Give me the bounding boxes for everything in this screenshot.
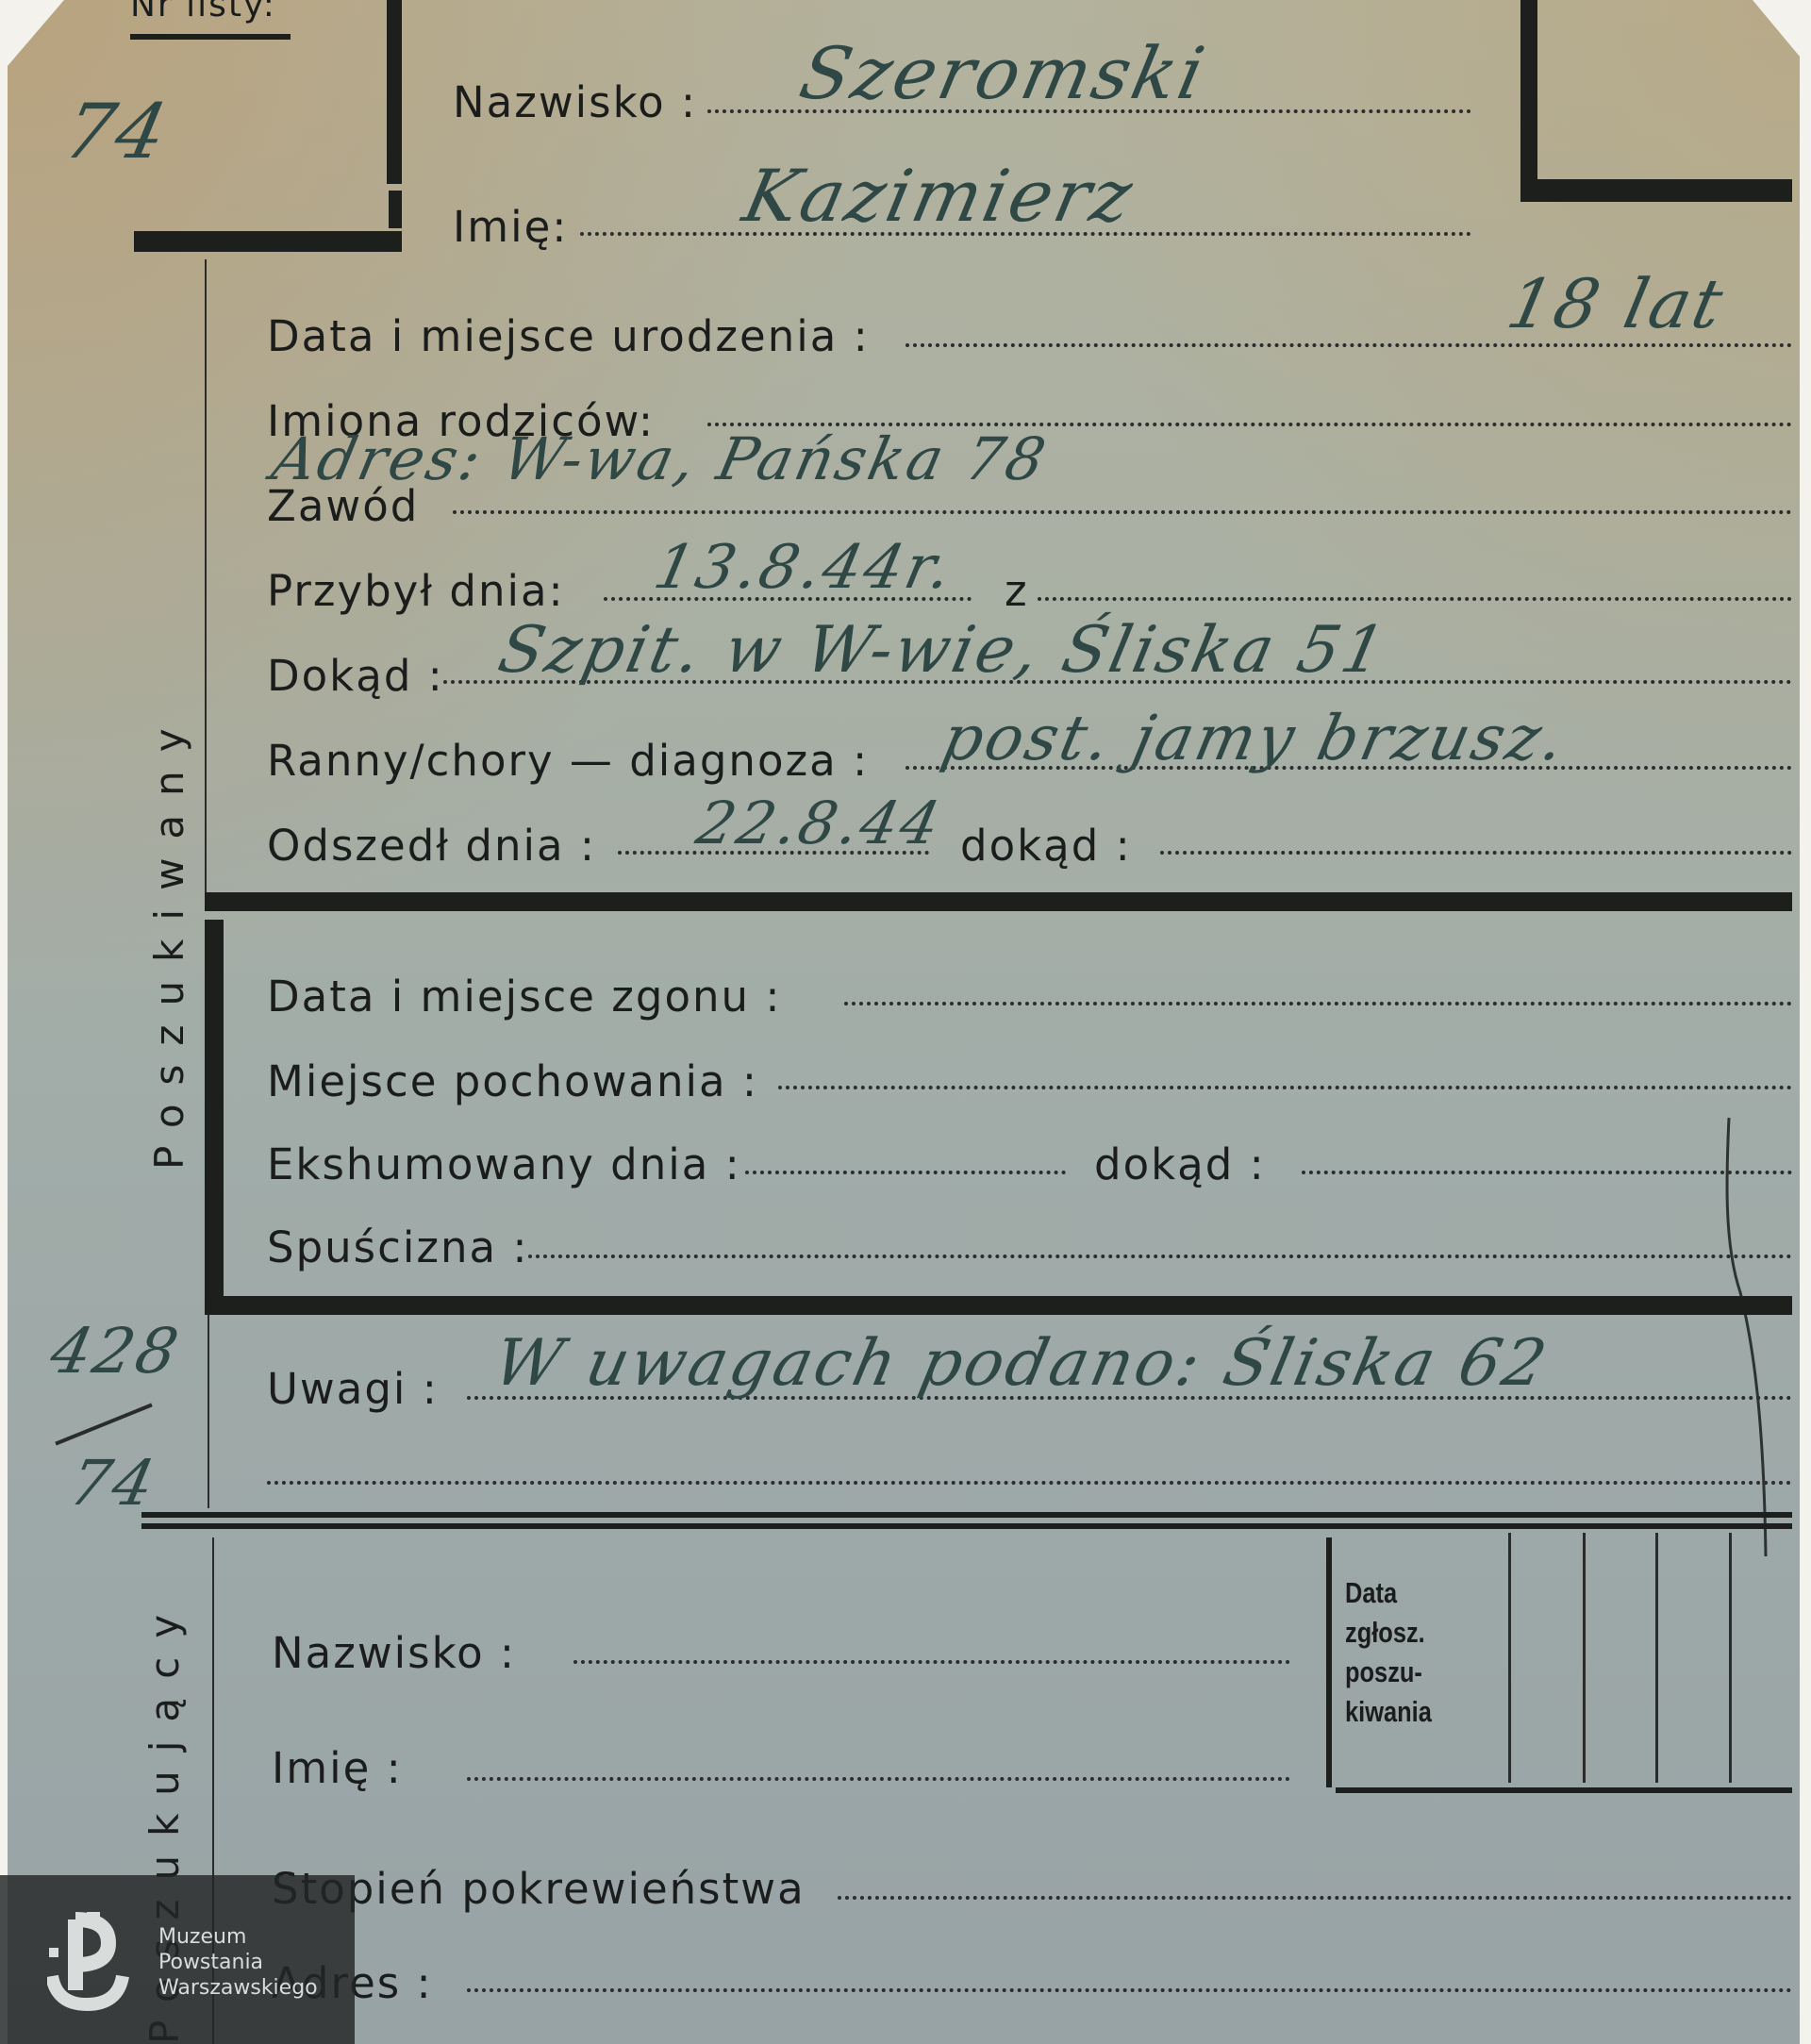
arrived-from-field[interactable] xyxy=(1038,597,1792,601)
burial-place-label: Miejsce pochowania : xyxy=(267,1060,758,1103)
request-box-col-4 xyxy=(1729,1533,1732,1783)
section-divider-remarks xyxy=(205,1296,1792,1315)
request-date-label-line-4: kiwania xyxy=(1345,1692,1432,1732)
section-divider-death xyxy=(205,892,1792,911)
top-right-vertical-rule xyxy=(1520,0,1537,181)
request-date-label-line-2: zgłosz. xyxy=(1345,1613,1432,1653)
diagnosis-label: Ranny/chory — diagnoza : xyxy=(267,739,869,782)
top-right-horizontal-rule xyxy=(1520,179,1792,202)
death-date-field[interactable] xyxy=(844,1002,1792,1005)
request-date-label: Data zgłosz. poszu- kiwania xyxy=(1345,1573,1432,1732)
arrived-value: 13.8.44r. xyxy=(649,538,959,598)
sought-section-label: Poszukiwany xyxy=(146,709,192,1170)
death-date-label: Data i miejsce zgonu : xyxy=(267,975,781,1018)
left-date-value: 22.8.44 xyxy=(691,794,947,853)
occupation-field[interactable] xyxy=(453,510,1792,514)
first-name-value: Kazimierz xyxy=(738,160,1140,232)
occupation-label: Zawód xyxy=(267,485,419,527)
list-number-underline xyxy=(130,34,291,40)
searcher-first-name-field[interactable] xyxy=(467,1777,1290,1781)
remarks-border xyxy=(208,1315,209,1508)
arrived-from-label: z xyxy=(1005,570,1029,612)
remarks-field-line2[interactable] xyxy=(267,1481,1792,1485)
request-box-left-rule xyxy=(1326,1537,1332,1787)
remarks-label: Uwagi : xyxy=(267,1368,439,1410)
arrived-label: Przybył dnia: xyxy=(267,570,565,612)
kotwica-anchor-icon xyxy=(47,1910,141,2014)
margin-note-bottom: 74 xyxy=(64,1453,162,1515)
top-block-vertical-rule-lower xyxy=(389,191,402,228)
top-block-horizontal-rule xyxy=(134,231,402,252)
birth-label: Data i miejsce urodzenia : xyxy=(267,315,870,357)
surname-label: Nazwisko : xyxy=(453,81,697,124)
pencil-mark xyxy=(1698,1104,1792,1575)
museum-name-line-2: Powstania xyxy=(158,1950,318,1975)
diagnosis-value: post. jamy brzusz. xyxy=(937,707,1572,770)
address-field[interactable] xyxy=(467,1988,1792,1992)
list-number-label: Nr listy: xyxy=(130,0,276,23)
searcher-surname-label: Nazwisko : xyxy=(272,1632,516,1674)
burial-place-field[interactable] xyxy=(778,1086,1792,1089)
left-where-label: dokąd : xyxy=(960,824,1132,867)
birth-field[interactable] xyxy=(905,343,1792,347)
museum-name-line-1: Muzeum xyxy=(158,1924,318,1950)
request-date-label-line-1: Data xyxy=(1345,1573,1432,1613)
estate-label: Spuścizna : xyxy=(267,1226,529,1269)
request-box-bottom-rule xyxy=(1336,1787,1792,1793)
double-rule-top xyxy=(141,1512,1792,1518)
request-date-label-line-3: poszu- xyxy=(1345,1653,1432,1692)
list-number-value: 74 xyxy=(58,94,175,170)
searcher-first-name-label: Imię : xyxy=(272,1747,403,1789)
sought-section-border xyxy=(205,259,207,901)
first-name-label: Imię: xyxy=(453,206,568,248)
exhumed-label: Ekshumowany dnia : xyxy=(267,1143,741,1186)
destination-value: Szpit. w W-wie, Śliska 51 xyxy=(493,619,1393,683)
request-box-col-2 xyxy=(1583,1533,1586,1783)
left-date-label: Odszedł dnia : xyxy=(267,824,596,867)
request-box-col-3 xyxy=(1655,1533,1658,1783)
death-section-bar xyxy=(205,920,224,1297)
left-where-field[interactable] xyxy=(1160,851,1792,855)
exhumed-date-field[interactable] xyxy=(745,1171,1066,1174)
double-rule-bottom xyxy=(141,1523,1792,1529)
surname-value: Szeromski xyxy=(794,38,1213,109)
request-box-col-1 xyxy=(1508,1533,1511,1783)
exhumed-where-label: dokąd : xyxy=(1094,1143,1266,1186)
margin-note-top: 428 xyxy=(45,1321,186,1383)
searcher-surname-field[interactable] xyxy=(573,1660,1290,1664)
museum-name: Muzeum Powstania Warszawskiego xyxy=(158,1924,318,2001)
remarks-value: W uwagach podano: Śliska 62 xyxy=(489,1332,1554,1396)
birth-value: 18 lat xyxy=(1502,270,1731,338)
top-block-vertical-rule xyxy=(387,0,402,184)
relation-field[interactable] xyxy=(838,1896,1792,1900)
parents-value: Adres: W-wa, Pańska 78 xyxy=(267,430,1053,489)
estate-field[interactable] xyxy=(528,1255,1792,1258)
destination-label: Dokąd : xyxy=(267,655,444,697)
museum-name-line-3: Warszawskiego xyxy=(158,1975,318,2001)
